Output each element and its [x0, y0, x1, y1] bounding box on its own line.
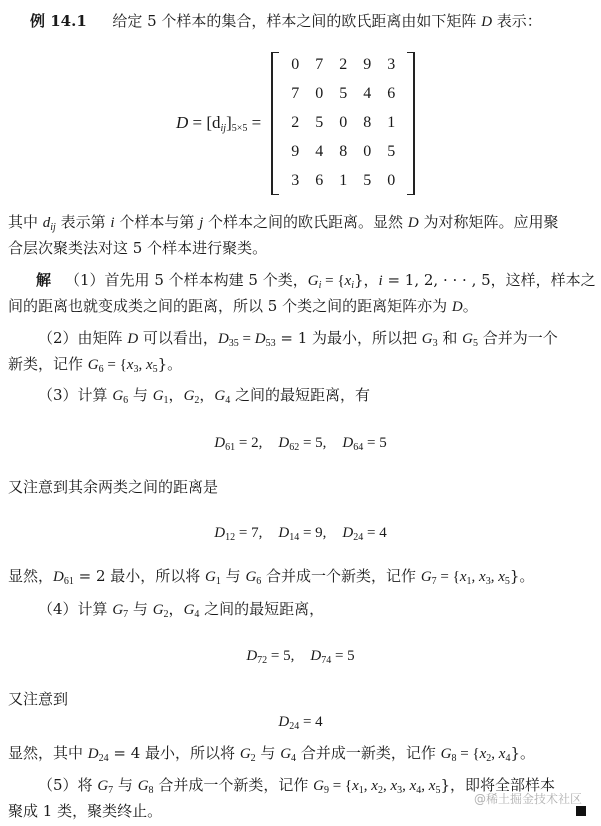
text: 显然，	[8, 567, 53, 585]
matrix-cell: 4	[307, 143, 331, 161]
description-line-2: 合层次聚类法对这 5 个样本进行聚类。	[8, 238, 267, 258]
math-sub: 24	[99, 753, 109, 764]
matrix-cell: 3	[379, 56, 403, 74]
math-sub: 53	[266, 338, 276, 349]
math-sub: 61	[64, 576, 74, 587]
math-G: G	[138, 778, 149, 794]
intro-text-a: 给定 5 个样本的集合，样本之间的欧氏距离由如下矩阵	[112, 12, 481, 30]
solution-step-1: 解（1）首先用 5 个样本构建 5 个类，Gi = {xi}，i = 1, 2,…	[36, 270, 596, 291]
text: 个样本与第	[115, 213, 200, 231]
math-G: G	[88, 357, 99, 373]
matrix-row: 07293	[283, 50, 403, 79]
text: 可以看出，	[138, 329, 218, 347]
text: 和	[438, 329, 463, 347]
math-D: D	[218, 331, 229, 347]
math-G: G	[97, 778, 108, 794]
text: = 7,	[235, 525, 262, 541]
solution-step-2: （2）由矩阵 D 可以看出，D35 = D53 = 1 为最小，所以把 G3 和…	[38, 328, 558, 349]
math-x: x	[498, 569, 505, 585]
math-D: D	[342, 435, 353, 451]
matrix-cell: 7	[307, 56, 331, 74]
text: ,	[138, 357, 146, 373]
math-G: G	[441, 746, 452, 762]
text: = {	[456, 746, 479, 762]
matrix-cell: 7	[283, 85, 307, 103]
matrix-row: 70546	[283, 79, 403, 108]
conclusion-merge-g8: 显然，其中 D24 = 4 最小，所以将 G2 与 G4 合并成一新类，记作 G…	[8, 743, 535, 764]
text: （2）由矩阵	[38, 329, 127, 347]
math-sub: 64	[353, 442, 363, 453]
matrix-lhs-bracket: = [d	[188, 113, 220, 132]
matrix-cell: 9	[355, 56, 379, 74]
math-D: D	[88, 746, 99, 762]
text: ,	[421, 778, 429, 794]
text: 之间的最短距离，有	[230, 386, 370, 404]
math-x: x	[460, 569, 467, 585]
conclusion-merge-g7: 显然，D61 = 2 最小，所以将 G1 与 G6 合并成一个新类，记作 G7 …	[8, 566, 534, 587]
qed-square-icon	[576, 806, 586, 816]
text: ,	[472, 569, 480, 585]
matrix-row: 94805	[283, 137, 403, 166]
matrix-cell: 5	[307, 114, 331, 132]
math-sub: 24	[353, 532, 363, 543]
math-D: D	[255, 331, 266, 347]
math-D: D	[246, 648, 257, 664]
text: （4）计算	[38, 600, 112, 618]
text: = 1 为最小，所以把	[276, 329, 422, 347]
solution-step-1-line-2: 间的距离也就变成类之间的距离，所以 5 个类之间的距离矩阵亦为 D。	[8, 296, 478, 317]
text: }。	[510, 744, 535, 762]
text: }。	[158, 355, 183, 373]
text: 与	[128, 386, 153, 404]
matrix-cell: 0	[307, 85, 331, 103]
math-G: G	[421, 569, 432, 585]
text: 间的距离也就变成类之间的距离，所以 5 个类之间的距离矩阵亦为	[8, 297, 452, 315]
text: = 5	[331, 648, 354, 664]
matrix-cell: 8	[355, 114, 379, 132]
matrix-cell: 3	[283, 172, 307, 190]
text: = 2,	[235, 435, 262, 451]
matrix-equals: =	[247, 113, 261, 132]
math-D: D	[452, 299, 463, 315]
math-G: G	[153, 388, 164, 404]
math-D: D	[214, 435, 225, 451]
math-G: G	[422, 331, 433, 347]
text: 表示第	[56, 213, 111, 231]
math-D: D	[310, 648, 321, 664]
solution-label: 解	[36, 271, 51, 289]
matrix-row: 25081	[283, 108, 403, 137]
text: 之间的最短距离，	[199, 600, 324, 618]
matrix-cell: 2	[331, 56, 355, 74]
text: }，	[354, 271, 379, 289]
math-D: D	[342, 525, 353, 541]
matrix-symbol: D	[481, 14, 492, 30]
math-D: D	[408, 215, 419, 231]
text: （1）首先用 5 个样本构建 5 个类，	[65, 271, 308, 289]
math-D: D	[127, 331, 138, 347]
matrix-cell: 6	[307, 172, 331, 190]
text: 合并成一个新类，记作	[261, 567, 421, 585]
note-also: 又注意到	[8, 689, 68, 709]
math-x: x	[479, 569, 486, 585]
matrix-cell: 9	[283, 143, 307, 161]
right-bracket	[407, 52, 415, 195]
math-G: G	[184, 602, 195, 618]
math-D: D	[278, 525, 289, 541]
text: = 9,	[299, 525, 326, 541]
left-bracket	[271, 52, 279, 195]
math-G: G	[280, 746, 291, 762]
math-G: G	[245, 569, 256, 585]
text: 与	[113, 776, 138, 794]
matrix-cell: 5	[331, 85, 355, 103]
text: 其中	[8, 213, 43, 231]
text: （3）计算	[38, 386, 112, 404]
matrix-cell: 2	[283, 114, 307, 132]
text: ，	[199, 386, 214, 404]
math-G: G	[184, 388, 195, 404]
matrix-cell: 5	[355, 172, 379, 190]
text: = {	[104, 357, 127, 373]
text: = 1, 2, · · · , 5，这样，样本之	[383, 271, 596, 289]
math-G: G	[308, 273, 319, 289]
text: 与	[128, 600, 153, 618]
text: = 4	[299, 714, 322, 730]
math-sub: 12	[225, 532, 235, 543]
text: = {	[329, 778, 352, 794]
math-x: x	[352, 778, 359, 794]
text: ，	[169, 600, 184, 618]
equation-remaining-distances: D12 = 7,D14 = 9,D24 = 4	[0, 522, 601, 543]
math-sub: 61	[225, 442, 235, 453]
equation-d24: D24 = 4	[0, 711, 601, 732]
text: 与	[221, 567, 246, 585]
math-D: D	[53, 569, 64, 585]
text: （5）将	[38, 776, 97, 794]
math-x: x	[371, 778, 378, 794]
math-sub: 14	[289, 532, 299, 543]
text: = {	[321, 273, 344, 289]
math-D: D	[278, 435, 289, 451]
text: = {	[437, 569, 460, 585]
solution-step-2-line-2: 新类，记作 G6 = {x3, x5}。	[8, 354, 182, 375]
text: = 4 最小，所以将	[109, 744, 240, 762]
solution-step-5-line-2: 聚成 1 类，聚类终止。	[8, 801, 162, 821]
math-G: G	[153, 602, 164, 618]
matrix-cell: 8	[331, 143, 355, 161]
intro-text-b: 表示：	[492, 12, 542, 30]
math-G: G	[112, 388, 123, 404]
example-label: 例 14.1	[30, 12, 87, 30]
note-remaining-distances: 又注意到其余两类之间的距离是	[8, 477, 218, 497]
text: 合并成一个新类，记作	[154, 776, 314, 794]
matrix-row: 36150	[283, 166, 403, 195]
matrix-cell: 1	[379, 114, 403, 132]
math-G: G	[240, 746, 251, 762]
math-x: x	[146, 357, 153, 373]
matrix-lhs-symbol: D	[176, 113, 188, 132]
text: = 5	[363, 435, 386, 451]
text: 与	[256, 744, 281, 762]
watermark: @稀土掘金技术社区	[474, 790, 582, 807]
text: = 4	[363, 525, 386, 541]
text: = 5,	[299, 435, 326, 451]
text: = 2 最小，所以将	[74, 567, 205, 585]
math-sub: 74	[321, 655, 331, 666]
matrix-lhs: D = [dij]5×5 =	[176, 113, 261, 133]
description-line-1: 其中 dij 表示第 i 个样本与第 j 个样本之间的欧氏距离。显然 D 为对称…	[8, 212, 558, 233]
math-G: G	[462, 331, 473, 347]
text: 个样本之间的欧氏距离。显然	[203, 213, 408, 231]
matrix-cell: 4	[355, 85, 379, 103]
math-sub: 72	[257, 655, 267, 666]
text: ,	[491, 746, 499, 762]
math-sub: 35	[229, 338, 239, 349]
distance-matrix-equation: D = [dij]5×5 = 07293 70546 25081 94805 3…	[176, 50, 415, 195]
matrix-cell: 1	[331, 172, 355, 190]
example-heading: 例 14.1 给定 5 个样本的集合，样本之间的欧氏距离由如下矩阵 D 表示：	[30, 11, 542, 32]
text: 新类，记作	[8, 355, 88, 373]
math-G: G	[313, 778, 324, 794]
distance-matrix: 07293 70546 25081 94805 36150	[271, 50, 415, 195]
solution-step-4: （4）计算 G7 与 G2，G4 之间的最短距离，	[38, 599, 324, 620]
matrix-cell: 0	[355, 143, 379, 161]
text: 显然，其中	[8, 744, 88, 762]
matrix-cell: 0	[283, 56, 307, 74]
equation-shortest-distance-g6: D61 = 2,D62 = 5,D64 = 5	[0, 432, 601, 453]
equation-shortest-distance-g7: D72 = 5,D74 = 5	[0, 645, 601, 666]
text: 合并成一新类，记作	[296, 744, 441, 762]
text: ,	[402, 778, 410, 794]
matrix-cell: 0	[331, 114, 355, 132]
math-sub: 62	[289, 442, 299, 453]
solution-step-3: （3）计算 G6 与 G1，G2，G4 之间的最短距离，有	[38, 385, 370, 406]
matrix-size: 5×5	[232, 123, 248, 134]
math-sub: 24	[289, 721, 299, 732]
matrix-cell: 5	[379, 143, 403, 161]
math-G: G	[112, 602, 123, 618]
math-G: G	[205, 569, 216, 585]
matrix-cell: 0	[379, 172, 403, 190]
text: 为对称矩阵。应用聚	[419, 213, 559, 231]
matrix-cell: 6	[379, 85, 403, 103]
math-D: D	[278, 714, 289, 730]
text: }。	[510, 567, 535, 585]
math-D: D	[214, 525, 225, 541]
text: 合并为一个	[478, 329, 558, 347]
text: =	[239, 331, 255, 347]
text: = 5,	[267, 648, 294, 664]
text: ，	[169, 386, 184, 404]
text: 。	[463, 297, 478, 315]
math-G: G	[214, 388, 225, 404]
